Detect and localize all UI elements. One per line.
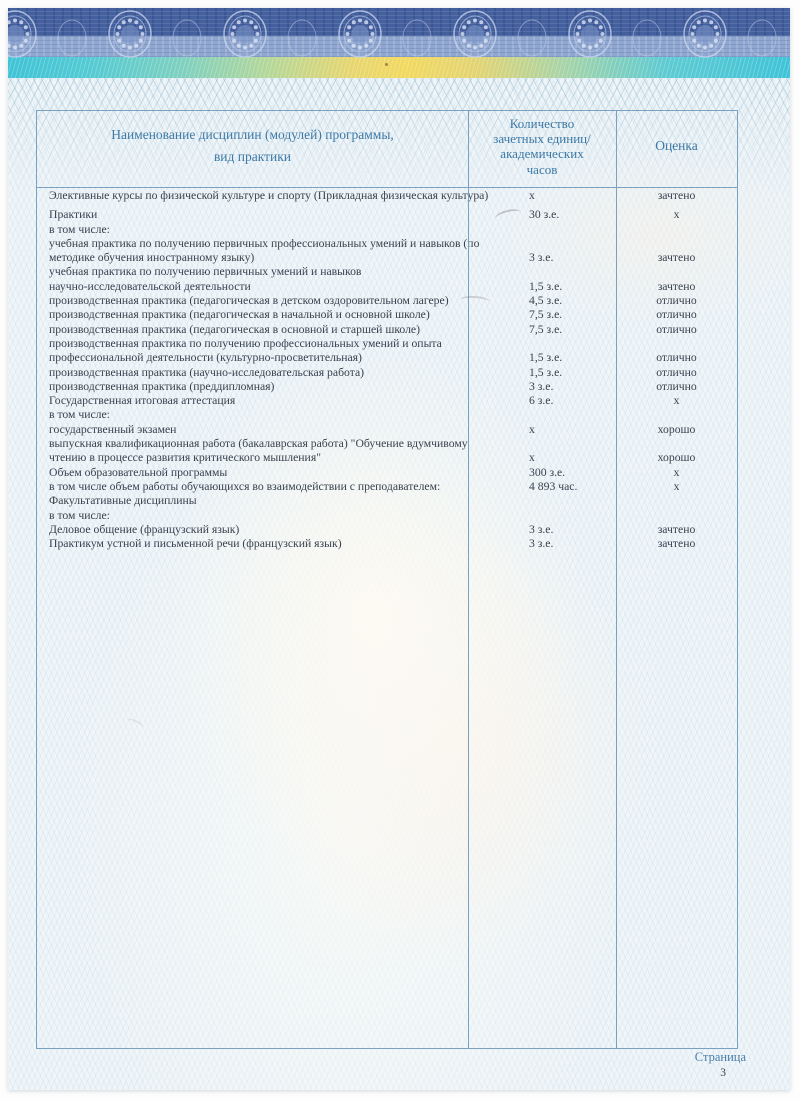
header-credits-label: Количество зачетных единиц/ академически… xyxy=(487,116,597,177)
discipline-name-cell: Объем образовательной программы xyxy=(37,466,468,480)
table-row: Факультативные дисциплины xyxy=(37,494,737,508)
credits-cell: 1,5 з.е. xyxy=(468,351,616,365)
grade-cell: зачтено xyxy=(616,523,737,537)
header-credits-column: Количество зачетных единиц/ академически… xyxy=(468,111,616,187)
table-row: Деловое общение (французский язык) 3 з.е… xyxy=(37,523,737,537)
grade-cell: отлично xyxy=(616,294,737,308)
header-grade-column: Оценка xyxy=(616,111,737,187)
credits-cell: 7,5 з.е. xyxy=(468,323,616,337)
grade-cell: зачтено xyxy=(616,251,737,265)
grade-cell: x xyxy=(616,466,737,480)
table-row: выпускная квалификационная работа (бакал… xyxy=(37,437,737,466)
grade-cell: x xyxy=(616,394,737,408)
discipline-name-line: Деловое общение (французский язык) xyxy=(49,523,468,537)
grade-cell: отлично xyxy=(616,366,737,380)
table-row: учебная практика по получению первичных … xyxy=(37,237,737,266)
grade-cell: хорошо xyxy=(616,423,737,437)
credits-cell: 6 з.е. xyxy=(468,394,616,408)
grade-cell: отлично xyxy=(616,308,737,322)
table-row: государственный экзамен x хорошо xyxy=(37,423,737,437)
discipline-name-line: в том числе объем работы обучающихся во … xyxy=(49,480,468,494)
credits-cell: 1,5 з.е. xyxy=(468,366,616,380)
grade-cell: отлично xyxy=(616,351,737,365)
discipline-name-line: производственная практика (педагогическа… xyxy=(49,308,468,322)
discipline-name-cell: в том числе: xyxy=(37,509,468,523)
grade-cell: зачтено xyxy=(616,537,737,551)
discipline-name-cell: в том числе: xyxy=(37,408,468,422)
table-row: Практикум устной и письменной речи (фран… xyxy=(37,537,737,551)
disciplines-table: Наименование дисциплин (модулей) програм… xyxy=(36,110,738,1049)
table-row: производственная практика (педагогическа… xyxy=(37,308,737,322)
header-grade-label: Оценка xyxy=(655,138,698,153)
discipline-name-line: Практики xyxy=(49,208,468,222)
discipline-name-cell: Государственная итоговая аттестация xyxy=(37,394,468,408)
table-row: Практики 30 з.е. x xyxy=(37,208,737,222)
discipline-name-line: методике обучения иностранному языку) xyxy=(49,251,468,265)
grade-cell: отлично xyxy=(616,380,737,394)
credits-cell: 1,5 з.е. xyxy=(468,280,616,294)
table-row: в том числе: xyxy=(37,509,737,523)
discipline-name-cell: производственная практика (педагогическа… xyxy=(37,308,468,322)
discipline-name-line: Государственная итоговая аттестация xyxy=(49,394,468,408)
credits-cell: 3 з.е. xyxy=(468,537,616,551)
discipline-name-line: Практикум устной и письменной речи (фран… xyxy=(49,537,468,551)
discipline-name-cell: Практикум устной и письменной речи (фран… xyxy=(37,537,468,551)
discipline-name-cell: государственный экзамен xyxy=(37,423,468,437)
discipline-name-line: в том числе: xyxy=(49,408,468,422)
grade-cell: x xyxy=(616,208,737,222)
table-row: производственная практика (педагогическа… xyxy=(37,323,737,337)
grade-cell: x xyxy=(616,480,737,494)
discipline-name-line: в том числе: xyxy=(49,509,468,523)
discipline-name-line: учебная практика по получению первичных … xyxy=(49,237,468,251)
credits-cell: 4,5 з.е. xyxy=(468,294,616,308)
discipline-name-cell: производственная практика (педагогическа… xyxy=(37,323,468,337)
column-divider-1 xyxy=(468,111,469,1048)
discipline-name-cell: Элективные курсы по физической культуре … xyxy=(37,189,468,203)
credits-cell: 30 з.е. xyxy=(468,208,616,222)
credits-cell: x xyxy=(468,451,616,465)
table-row: в том числе: xyxy=(37,223,737,237)
table-row: производственная практика по получению п… xyxy=(37,337,737,366)
credits-cell: 3 з.е. xyxy=(468,380,616,394)
table-row: производственная практика (научно-исслед… xyxy=(37,366,737,380)
footer-page-number: 3 xyxy=(720,1067,726,1079)
column-divider-2 xyxy=(616,111,617,1048)
table-header: Наименование дисциплин (модулей) програм… xyxy=(37,111,737,188)
discipline-name-line: Факультативные дисциплины xyxy=(49,494,468,508)
discipline-name-cell: производственная практика (преддипломная… xyxy=(37,380,468,394)
discipline-name-line: учебная практика по получению первичных … xyxy=(49,265,468,279)
discipline-name-cell: в том числе: xyxy=(37,223,468,237)
table-row: Элективные курсы по физической культуре … xyxy=(37,189,737,203)
discipline-name-cell: Практики xyxy=(37,208,468,222)
footer-page-label: Страница xyxy=(695,1050,746,1065)
discipline-name-line: производственная практика по получению п… xyxy=(49,337,468,351)
table-body: Элективные курсы по физической культуре … xyxy=(37,188,737,551)
discipline-name-line: производственная практика (педагогическа… xyxy=(49,323,468,337)
table-row: в том числе объем работы обучающихся во … xyxy=(37,480,737,494)
credits-cell: 3 з.е. xyxy=(468,251,616,265)
discipline-name-line: профессиональной деятельности (культурно… xyxy=(49,351,468,365)
credits-cell: 3 з.е. xyxy=(468,523,616,537)
table-row: Государственная итоговая аттестация 6 з.… xyxy=(37,394,737,408)
header-name-line1: Наименование дисциплин (модулей) програм… xyxy=(37,124,468,146)
table-row: в том числе: xyxy=(37,408,737,422)
grade-cell: зачтено xyxy=(616,189,737,203)
grade-cell: хорошо xyxy=(616,451,737,465)
grade-cell: зачтено xyxy=(616,280,737,294)
discipline-name-line: Элективные курсы по физической культуре … xyxy=(49,189,468,203)
discipline-name-line: чтению в процессе развития критического … xyxy=(49,451,468,465)
table-row: производственная практика (педагогическа… xyxy=(37,294,737,308)
discipline-name-cell: в том числе объем работы обучающихся во … xyxy=(37,480,468,494)
discipline-name-line: Объем образовательной программы xyxy=(49,466,468,480)
credits-cell: 4 893 час. xyxy=(468,480,616,494)
discipline-name-line: государственный экзамен xyxy=(49,423,468,437)
discipline-name-cell: производственная практика по получению п… xyxy=(37,337,468,366)
table-row: производственная практика (преддипломная… xyxy=(37,380,737,394)
discipline-name-cell: производственная практика (педагогическа… xyxy=(37,294,468,308)
discipline-name-cell: выпускная квалификационная работа (бакал… xyxy=(37,437,468,466)
discipline-name-line: производственная практика (научно-исслед… xyxy=(49,366,468,380)
grade-cell: отлично xyxy=(616,323,737,337)
discipline-name-line: научно-исследовательской деятельности xyxy=(49,280,468,294)
discipline-name-line: выпускная квалификационная работа (бакал… xyxy=(49,437,468,451)
credits-cell: x xyxy=(468,189,616,203)
table-row: Объем образовательной программы 300 з.е.… xyxy=(37,466,737,480)
paper: Наименование дисциплин (модулей) програм… xyxy=(8,8,790,1090)
header-name-column: Наименование дисциплин (модулей) програм… xyxy=(37,111,468,187)
guilloche-rosettes xyxy=(8,8,790,68)
discipline-name-cell: Факультативные дисциплины xyxy=(37,494,468,508)
discipline-name-line: производственная практика (преддипломная… xyxy=(49,380,468,394)
discipline-name-cell: производственная практика (научно-исслед… xyxy=(37,366,468,380)
discipline-name-cell: Деловое общение (французский язык) xyxy=(37,523,468,537)
credits-cell: 300 з.е. xyxy=(468,466,616,480)
discipline-name-line: в том числе: xyxy=(49,223,468,237)
discipline-name-cell: учебная практика по получению первичных … xyxy=(37,265,468,294)
credits-cell: x xyxy=(468,423,616,437)
credits-cell: 7,5 з.е. xyxy=(468,308,616,322)
table-row: учебная практика по получению первичных … xyxy=(37,265,737,294)
discipline-name-line: производственная практика (педагогическа… xyxy=(49,294,468,308)
header-name-line2: вид практики xyxy=(37,146,468,168)
paper-speck xyxy=(385,63,388,66)
discipline-name-cell: учебная практика по получению первичных … xyxy=(37,237,468,266)
